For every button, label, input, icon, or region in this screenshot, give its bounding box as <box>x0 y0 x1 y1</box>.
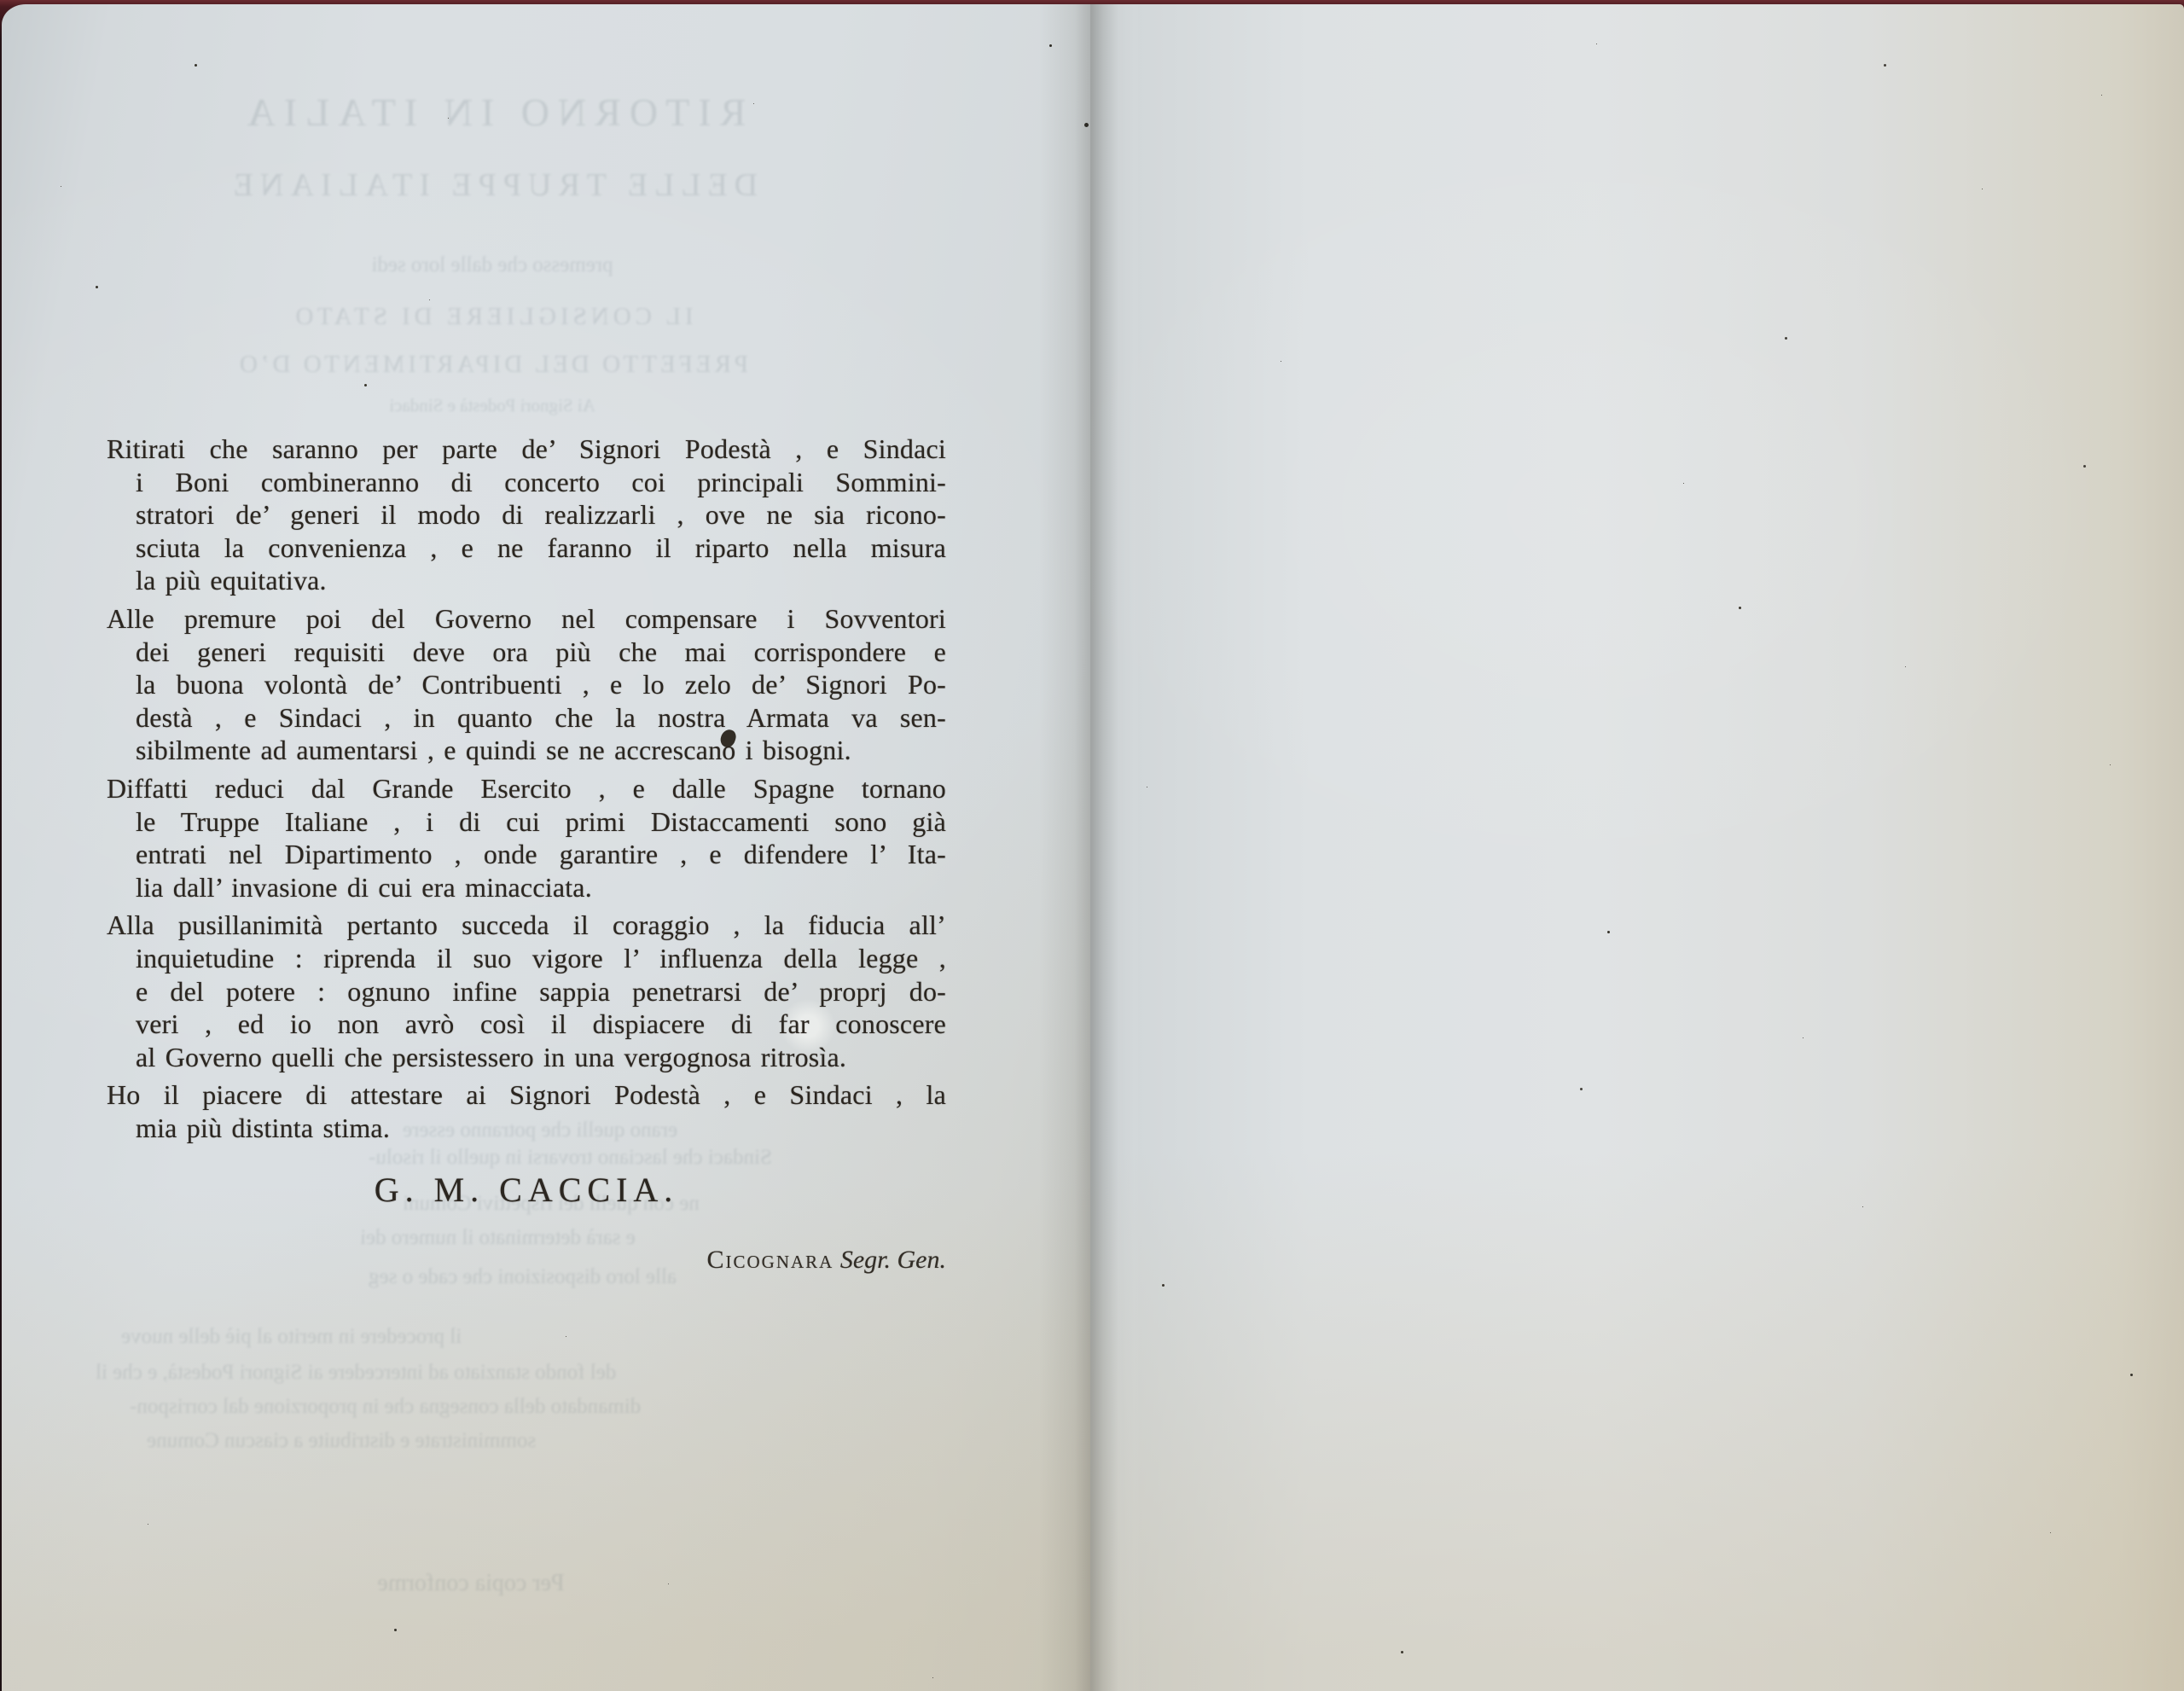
body-line: mia più distinta stima. <box>107 1112 946 1145</box>
body-line: destà , e Sindaci , in quanto che la nos… <box>107 701 946 735</box>
body-line: e del potere : ognuno infine sappia pene… <box>107 975 946 1008</box>
body-line: Diffatti reduci dal Grande Esercito , e … <box>107 772 946 805</box>
body-line: Alla pusillanimità pertanto succeda il c… <box>107 909 946 942</box>
body-line: al Governo quelli che persistessero in u… <box>107 1041 946 1074</box>
bleedthrough-line: Ai Signori Podestà e Sindaci <box>108 395 876 416</box>
body-line: inquietudine : riprenda il suo vigore l’… <box>107 942 946 975</box>
body-line: dei generi requisiti deve ora più che ma… <box>107 636 946 669</box>
bleedthrough-line: DELLE TRUPPE ITALIANE <box>108 166 876 204</box>
signature: G. M. CACCIA. <box>107 1170 946 1210</box>
text-block: Ritirati che saranno per parte de’ Signo… <box>107 433 946 1149</box>
left-page: RITORNO IN ITALIADELLE TRUPPE ITALIANEpr… <box>2 4 1090 1691</box>
body-line: sciuta la convenienza , e ne faranno il … <box>107 532 946 565</box>
body-line: lia dall’ invasione di cui era minacciat… <box>107 871 946 904</box>
paragraph: Ho il piacere di attestare ai Signori Po… <box>107 1078 946 1144</box>
body-line: veri , ed io non avrò così il dispiacere… <box>107 1008 946 1041</box>
bleedthrough-line: IL CONSIGLIERE DI STATO <box>108 303 876 331</box>
bleedthrough-line: RITORNO IN ITALIA <box>108 90 876 135</box>
body-line: stratori de’ generi il modo di realizzar… <box>107 498 946 532</box>
bleedthrough-line: PREFETTO DEL DIPARTIMENTO D’O <box>108 351 876 379</box>
paragraph: Ritirati che saranno per parte de’ Signo… <box>107 433 946 597</box>
body-line: Ritirati che saranno per parte de’ Signo… <box>107 433 946 466</box>
bleedthrough-line: Per copia conforme <box>258 1570 684 1597</box>
paragraph: Alle premure poi del Governo nel compens… <box>107 602 946 767</box>
bleedthrough-line: del fondo stanziato ad intercedere ai Si… <box>96 1361 974 1385</box>
body-line: Alle premure poi del Governo nel compens… <box>107 602 946 636</box>
body-line: Ho il piacere di attestare ai Signori Po… <box>107 1078 946 1112</box>
countersignature-title: Segr. Gen. <box>834 1246 946 1274</box>
bleedthrough-line: premesso che dalle loro sedi <box>108 253 876 277</box>
body-line: sibilmente ad aumentarsi , e quindi se n… <box>107 734 946 767</box>
scan-background: RITORNO IN ITALIADELLE TRUPPE ITALIANEpr… <box>0 0 2184 1691</box>
body-line: le Truppe Italiane , i di cui primi Dist… <box>107 805 946 839</box>
right-page-blank <box>1090 4 2184 1691</box>
countersignature: Cicognara Segr. Gen. <box>107 1246 946 1275</box>
body-line: i Boni combineranno di concerto coi prin… <box>107 466 946 499</box>
paragraph: Alla pusillanimità pertanto succeda il c… <box>107 909 946 1073</box>
body-line: entrati nel Dipartimento , onde garantir… <box>107 838 946 871</box>
paragraph: Diffatti reduci dal Grande Esercito , e … <box>107 772 946 904</box>
bleedthrough-line: somministrate e distribuite a ciascun Co… <box>147 1429 829 1453</box>
body-line: la più equitativa. <box>107 564 946 597</box>
open-book: RITORNO IN ITALIADELLE TRUPPE ITALIANEpr… <box>2 4 2184 1691</box>
bleedthrough-line: dimandato della consegna che in proporzi… <box>130 1395 974 1419</box>
countersignature-name: Cicognara <box>706 1246 834 1274</box>
body-line: la buona volontà de’ Contribuenti , e lo… <box>107 668 946 701</box>
bleedthrough-line: il procedere in merito al piè delle nuov… <box>121 1325 974 1349</box>
